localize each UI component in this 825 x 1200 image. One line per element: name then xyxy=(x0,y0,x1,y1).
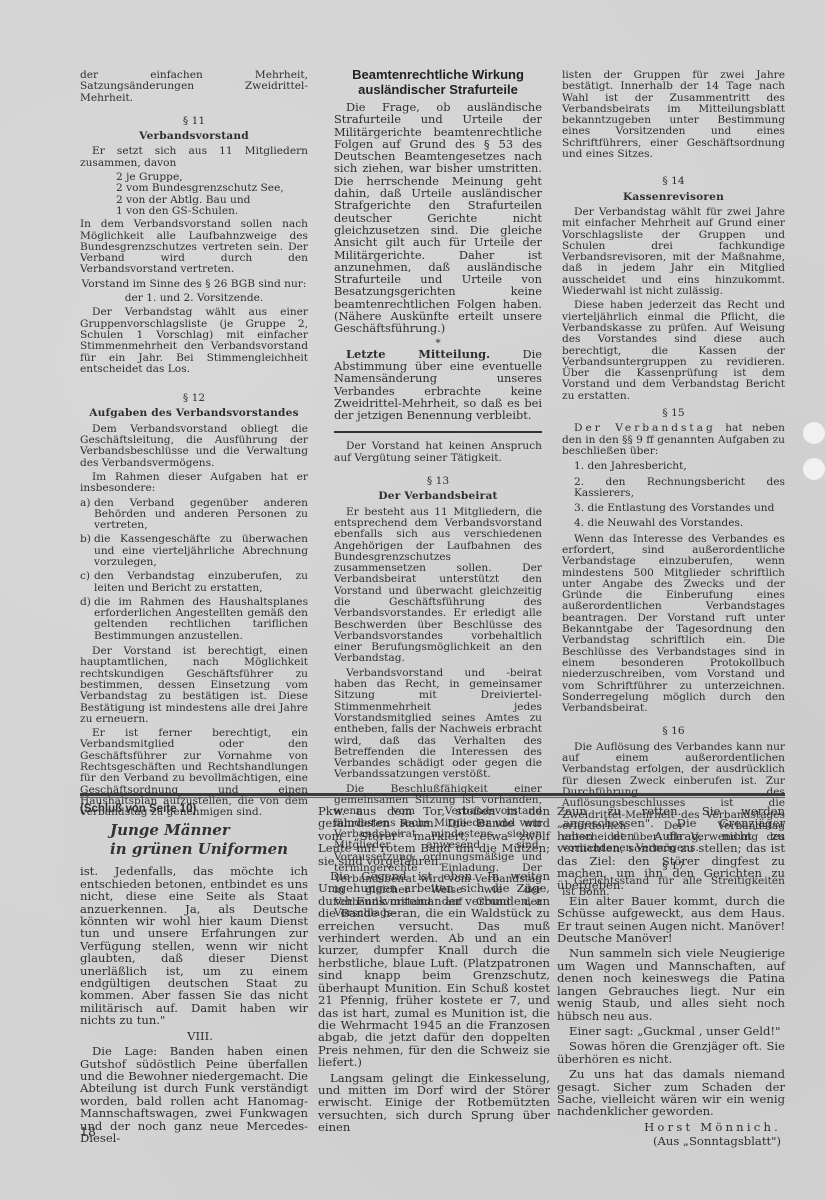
paragraph: ist. Jedenfalls, das möchte ich entschie… xyxy=(80,865,308,1026)
paragraph: In dem Verbandsvorstand sollen nach Mögl… xyxy=(80,219,308,275)
list-text: den Verbandstag einzuberufen, zu leiten … xyxy=(94,571,308,594)
paragraph: Sowas hören die Grenzjäger oft. Sie über… xyxy=(557,1040,785,1065)
horizontal-rule xyxy=(80,797,785,798)
paragraph: Vorstand im Sinne des § 26 BGB sind nur: xyxy=(80,279,308,290)
list-item: 1. den Jahresbericht, xyxy=(574,461,785,472)
paragraph: Zaun zu retten. Sie werden „angeschossen… xyxy=(557,805,785,892)
paragraph: Nun sammeln sich viele Neugierige um Wag… xyxy=(557,947,785,1021)
section-title: Kassenrevisoren xyxy=(562,192,785,203)
article-title: Beamtenrechtliche Wirkung ausländischer … xyxy=(334,67,542,97)
list-label: d) xyxy=(80,597,94,642)
section-title: Verbandsvorstand xyxy=(80,131,308,142)
paragraph: Dem Verbandsvorstand obliegt die Geschäf… xyxy=(80,424,308,469)
section-number: § 16 xyxy=(562,726,785,737)
section-number: § 15 xyxy=(562,408,785,419)
story-column-2: Pkw. aus dem Tor, stoßen in den gefährde… xyxy=(318,805,550,1137)
continuation-note: (Schluß von Seite 10) xyxy=(80,803,308,815)
notice-text: Die Abstimmung über eine eventuelle Name… xyxy=(334,347,542,422)
list-label: a) xyxy=(80,498,94,532)
paragraph: Pkw. aus dem Tor, stoßen in den gefährde… xyxy=(318,805,550,867)
section-number: § 14 xyxy=(562,176,785,187)
paragraph: Der Verbandstag hat neben den in den §§ … xyxy=(562,423,785,457)
paragraph: Im Rahmen dieser Aufgaben hat er insbeso… xyxy=(80,472,308,495)
list-label: c) xyxy=(80,571,94,594)
story-title-line: in grünen Uniformen xyxy=(110,840,308,859)
list-label: b) xyxy=(80,534,94,568)
spaced-text: Der Verbandstag xyxy=(574,422,716,434)
paragraph: Er besteht aus 11 Mitgliedern, die entsp… xyxy=(334,507,542,665)
list-text: die Kassengeschäfte zu überwachen und ei… xyxy=(94,534,308,568)
list-item: 3. die Entlastung des Vorstandes und xyxy=(574,503,785,514)
paragraph: Wenn das Interesse des Verbandes es erfo… xyxy=(562,534,785,715)
section-number: § 13 xyxy=(334,476,542,487)
paragraph: Verbandsvorstand und -beirat haben das R… xyxy=(334,668,542,781)
paragraph: Der Verbandstag wählt für zwei Jahre mit… xyxy=(562,207,785,297)
punch-hole xyxy=(803,458,825,480)
paragraph: Der Verbandstag wählt aus einer Gruppenv… xyxy=(80,307,308,375)
section-numeral: VIII. xyxy=(80,1030,308,1042)
story-column-1: (Schluß von Seite 10) Junge Männer in gr… xyxy=(80,803,308,1147)
paragraph: Ein alter Bauer kommt, durch die Schüsse… xyxy=(557,895,785,945)
paragraph: der einfachen Mehrheit, Satzungsänderung… xyxy=(80,70,308,104)
list-item: 4. die Neuwahl des Vorstandes. xyxy=(574,518,785,529)
paragraph: Langsam gelingt die Einkesselung, und mi… xyxy=(318,1072,550,1134)
document-page: der einfachen Mehrheit, Satzungsänderung… xyxy=(0,0,825,1200)
story-column-3: Zaun zu retten. Sie werden „angeschossen… xyxy=(557,805,785,1148)
list-text: den Verband gegenüber anderen Behörden u… xyxy=(94,498,308,532)
list-item: b)die Kassengeschäfte zu überwachen und … xyxy=(80,534,308,568)
story-title-line: Junge Männer xyxy=(110,821,308,840)
member-list: 2 je Gruppe, 2 vom Bundesgrenzschutz See… xyxy=(116,172,308,217)
author-name: Horst Mönnich. xyxy=(557,1121,781,1133)
section-number: § 11 xyxy=(80,116,308,127)
paragraph: Einer sagt: „Guckmal , unser Geld!" xyxy=(557,1025,785,1037)
section-number: § 12 xyxy=(80,393,308,404)
list-text: die im Rahmen des Haushaltsplanes erford… xyxy=(94,597,308,642)
source-credit: (Aus „Sonntagsblatt") xyxy=(557,1135,781,1147)
article-title-line: Beamtenrechtliche Wirkung xyxy=(334,67,542,82)
list-item: 2 vom Bundesgrenzschutz See, xyxy=(116,183,308,194)
paragraph: der 1. und 2. Vorsitzende. xyxy=(80,293,308,304)
punch-hole xyxy=(803,422,825,444)
paragraph: Die Frage, ob ausländische Strafurteile … xyxy=(334,101,542,335)
page-number: 18 xyxy=(80,1124,96,1139)
section-title: Der Verbandsbeirat xyxy=(334,491,542,502)
paragraph: Der Vorstand ist berechtigt, einen haupt… xyxy=(80,646,308,725)
list-item: a)den Verband gegenüber anderen Behörden… xyxy=(80,498,308,532)
article-title-line: ausländischer Strafurteile xyxy=(334,82,542,97)
notice: Letzte Mitteilung. Die Abstimmung über e… xyxy=(334,348,542,422)
paragraph: Die Lage: Banden haben einen Gutshof süd… xyxy=(80,1045,308,1144)
paragraph: listen der Gruppen für zwei Jahre bestät… xyxy=(562,70,785,160)
story-title: Junge Männer in grünen Uniformen xyxy=(110,821,308,859)
paragraph: Zu uns hat das damals niemand gesagt. Si… xyxy=(557,1068,785,1118)
paragraph: Die Gegend ist eben. In weiten Umgehunge… xyxy=(318,870,550,1069)
numbered-list: 1. den Jahresbericht, 2. den Rechnungsbe… xyxy=(574,461,785,529)
column-3: listen der Gruppen für zwei Jahre bestät… xyxy=(562,70,785,902)
paragraph: Der Vorstand hat keinen Anspruch auf Ver… xyxy=(334,441,542,464)
section-title: Aufgaben des Verbandsvorstandes xyxy=(80,408,308,419)
divider xyxy=(334,431,542,433)
list-item: c)den Verbandstag einzuberufen, zu leite… xyxy=(80,571,308,594)
list-item: d)die im Rahmen des Haushaltsplanes erfo… xyxy=(80,597,308,642)
column-1: der einfachen Mehrheit, Satzungsänderung… xyxy=(80,70,308,822)
list-item: 2. den Rechnungsbericht des Kassierers, xyxy=(574,477,785,500)
list-item: 1 von den GS-Schulen. xyxy=(116,206,308,217)
task-list: a)den Verband gegenüber anderen Behörden… xyxy=(80,498,308,643)
paragraph: Er setzt sich aus 11 Mitgliedern zusamme… xyxy=(80,146,308,169)
paragraph: Diese haben jederzeit das Recht und vier… xyxy=(562,300,785,402)
horizontal-rule xyxy=(80,793,785,796)
